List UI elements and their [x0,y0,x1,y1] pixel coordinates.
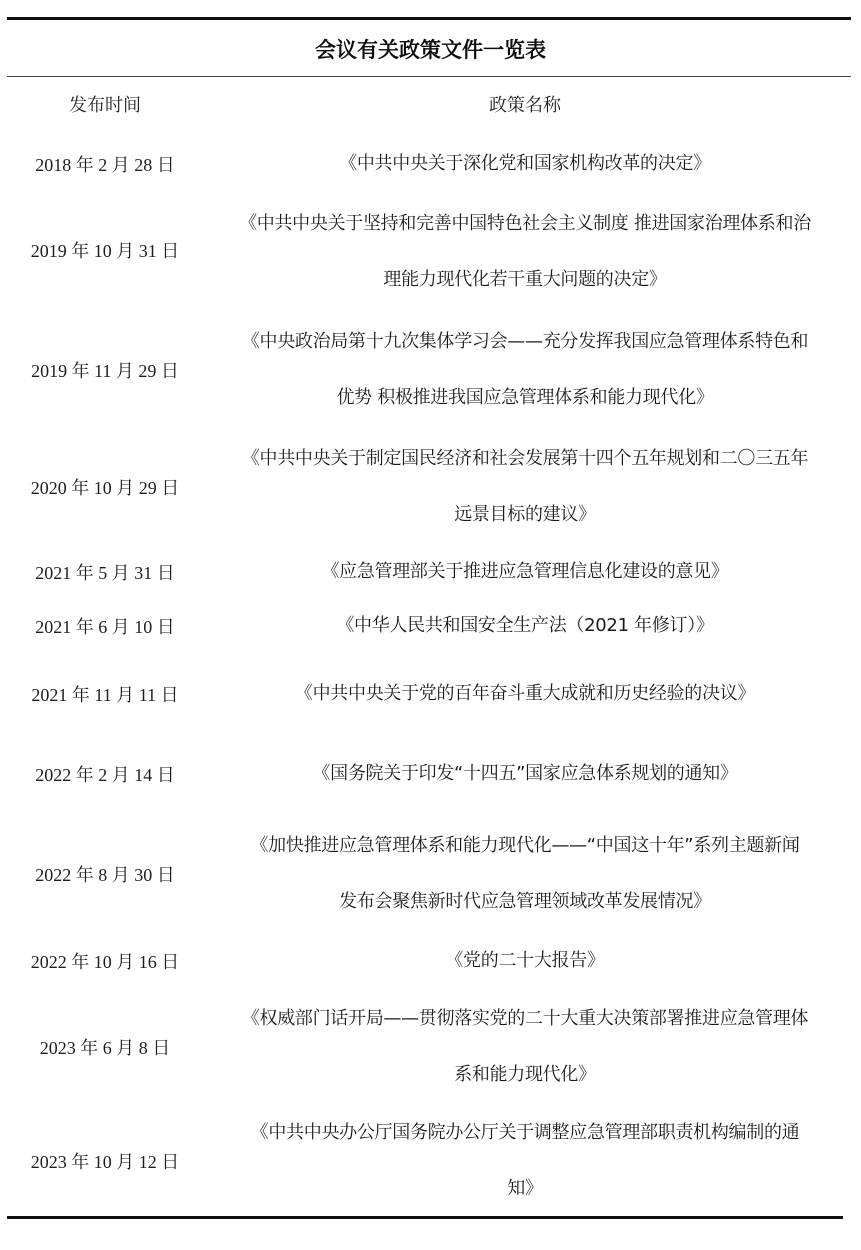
table-row: 2022 年 8 月 30 日 《加快推进应急管理体系和能力现代化——“中国这十… [0,830,861,918]
policy-name-line: 远景目标的建议》 [212,501,838,529]
table-row: 2021 年 5 月 31 日 《应急管理部关于推进应急管理信息化建设的意见》 [0,556,861,588]
row-date: 2022 年 10 月 16 日 [15,945,195,977]
policy-name-line: 《中共中央关于党的百年奋斗重大成就和历史经验的决议》 [212,680,838,708]
table-bottom-rule [7,1216,843,1219]
row-policy-name: 《中共中央关于制定国民经济和社会发展第十四个五年规划和二〇三五年 远景目标的建议… [212,443,838,531]
row-policy-name: 《中共中央关于坚持和完善中国特色社会主义制度 推进国家治理体系和治 理能力现代化… [212,206,838,294]
policy-name-line: 《权威部门话开局——贯彻落实党的二十大重大决策部署推进应急管理体 [212,1005,838,1033]
row-policy-name: 《中共中央关于深化党和国家机构改革的决定》 [212,148,838,180]
row-policy-name: 《中央政治局第十九次集体学习会——充分发挥我国应急管理体系特色和 优势 积极推进… [212,326,838,414]
policy-name-line: 《加快推进应急管理体系和能力现代化——“中国这十年”系列主题新闻 [212,832,838,860]
policy-name-line: 发布会聚焦新时代应急管理领域改革发展情况》 [212,888,838,916]
row-policy-name: 《中共中央办公厅国务院办公厅关于调整应急管理部职责机构编制的通 知》 [212,1117,838,1205]
policy-name-line: 《中共中央办公厅国务院办公厅关于调整应急管理部职责机构编制的通 [212,1119,838,1147]
policy-name-line: 系和能力现代化》 [212,1061,838,1089]
row-date: 2022 年 8 月 30 日 [15,830,195,918]
row-date: 2021 年 5 月 31 日 [15,556,195,588]
row-date: 2021 年 11 月 11 日 [15,678,195,710]
table-row: 2021 年 11 月 11 日 《中共中央关于党的百年奋斗重大成就和历史经验的… [0,678,861,710]
policy-name-line: 优势 积极推进我国应急管理体系和能力现代化》 [212,384,838,412]
table-row: 2022 年 2 月 14 日 《国务院关于印发“十四五”国家应急体系规划的通知… [0,758,861,790]
row-policy-name: 《权威部门话开局——贯彻落实党的二十大重大决策部署推进应急管理体 系和能力现代化… [212,1003,838,1091]
policy-name-line: 《中央政治局第十九次集体学习会——充分发挥我国应急管理体系特色和 [212,328,838,356]
row-date: 2023 年 6 月 8 日 [15,1003,195,1091]
table-row: 2020 年 10 月 29 日 《中共中央关于制定国民经济和社会发展第十四个五… [0,443,861,531]
policy-name-line: 理能力现代化若干重大问题的决定》 [212,266,838,294]
row-policy-name: 《应急管理部关于推进应急管理信息化建设的意见》 [212,556,838,588]
row-date: 2019 年 10 月 31 日 [15,206,195,294]
table-row: 2019 年 11 月 29 日 《中央政治局第十九次集体学习会——充分发挥我国… [0,326,861,414]
table-top-rule [7,17,851,20]
row-date: 2022 年 2 月 14 日 [15,758,195,790]
policy-name-line: 《党的二十大报告》 [212,947,838,975]
row-policy-name: 《加快推进应急管理体系和能力现代化——“中国这十年”系列主题新闻 发布会聚焦新时… [212,830,838,918]
policy-name-line: 《中华人民共和国安全生产法（2021 年修订）》 [212,612,838,640]
policy-name-line: 《中共中央关于深化党和国家机构改革的决定》 [212,150,838,178]
policy-name-line: 《国务院关于印发“十四五”国家应急体系规划的通知》 [212,760,838,788]
row-date: 2019 年 11 月 29 日 [15,326,195,414]
table-row: 2023 年 10 月 12 日 《中共中央办公厅国务院办公厅关于调整应急管理部… [0,1117,861,1205]
table-row: 2023 年 6 月 8 日 《权威部门话开局——贯彻落实党的二十大重大决策部署… [0,1003,861,1091]
table-row: 2022 年 10 月 16 日 《党的二十大报告》 [0,945,861,977]
policy-name-line: 《中共中央关于坚持和完善中国特色社会主义制度 推进国家治理体系和治 [212,210,838,238]
row-policy-name: 《中华人民共和国安全生产法（2021 年修订）》 [212,610,838,642]
row-date: 2020 年 10 月 29 日 [15,443,195,531]
policy-name-line: 《应急管理部关于推进应急管理信息化建设的意见》 [212,558,838,586]
row-policy-name: 《中共中央关于党的百年奋斗重大成就和历史经验的决议》 [212,678,838,710]
table-row: 2019 年 10 月 31 日 《中共中央关于坚持和完善中国特色社会主义制度 … [0,206,861,294]
row-date: 2021 年 6 月 10 日 [15,610,195,642]
row-policy-name: 《国务院关于印发“十四五”国家应急体系规划的通知》 [212,758,838,790]
table-row: 2021 年 6 月 10 日 《中华人民共和国安全生产法（2021 年修订）》 [0,610,861,642]
policy-name-line: 《中共中央关于制定国民经济和社会发展第十四个五年规划和二〇三五年 [212,445,838,473]
row-date: 2018 年 2 月 28 日 [15,148,195,180]
table-row: 2018 年 2 月 28 日 《中共中央关于深化党和国家机构改革的决定》 [0,148,861,180]
column-header-date: 发布时间 [25,92,185,120]
row-date: 2023 年 10 月 12 日 [15,1117,195,1205]
column-header-policy-name: 政策名称 [215,92,835,120]
row-policy-name: 《党的二十大报告》 [212,945,838,977]
table-title: 会议有关政策文件一览表 [0,32,861,68]
table-header-rule [7,76,851,77]
policy-name-line: 知》 [212,1175,838,1203]
